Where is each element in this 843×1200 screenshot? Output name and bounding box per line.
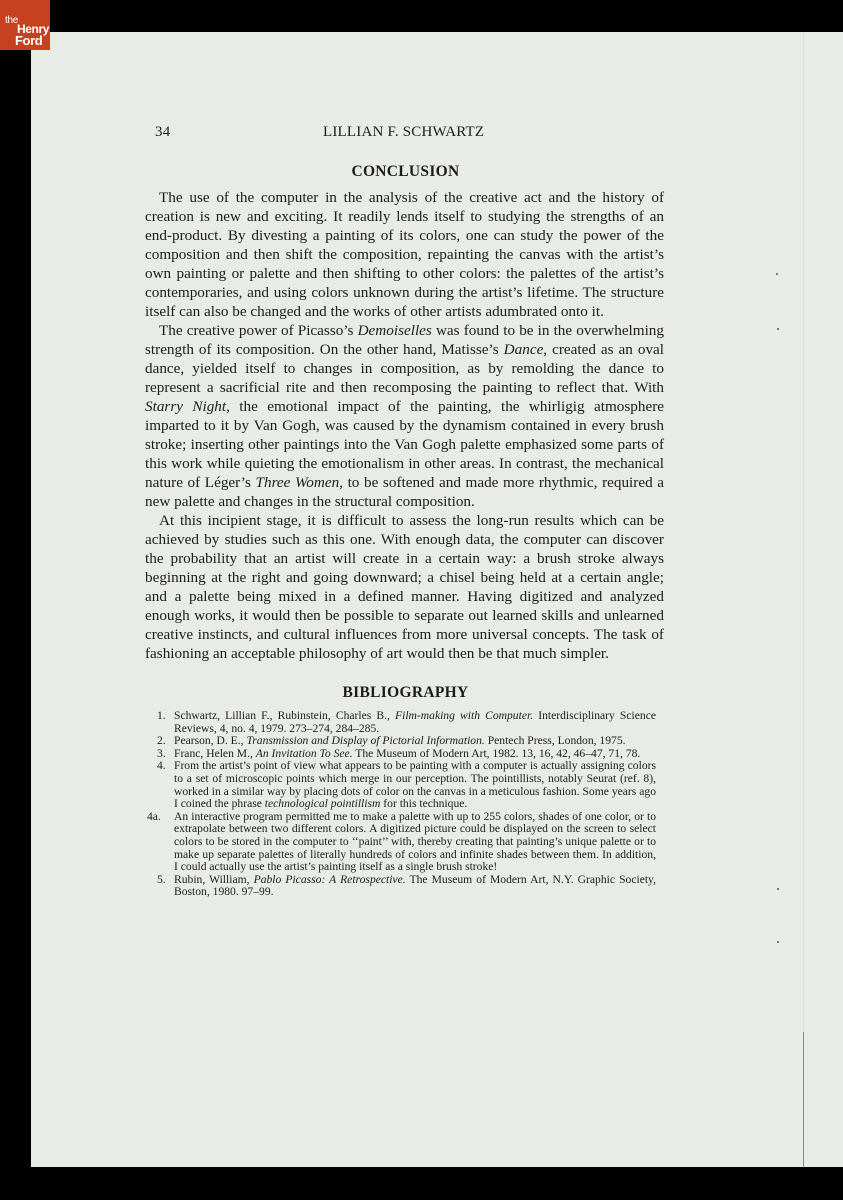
paragraph: The use of the computer in the analysis … <box>145 188 664 321</box>
entry-text: An interactive program permitted me to m… <box>174 810 656 873</box>
bibliography-entry: 5. Rubin, William, Pablo Picasso: A Retr… <box>145 874 664 899</box>
paragraph: The creative power of Picasso’s Demoisel… <box>145 321 664 511</box>
page-content: 34 LILLIAN F. SCHWARTZ CONCLUSION The us… <box>145 122 664 899</box>
entry-number: 1. <box>157 710 166 723</box>
bibliography-entry: 4. From the artist’s point of view what … <box>145 760 664 810</box>
entry-text: From the artist’s point of view what app… <box>174 759 656 810</box>
running-head: 34 LILLIAN F. SCHWARTZ <box>145 122 664 146</box>
bibliography-heading: BIBLIOGRAPHY <box>145 684 664 702</box>
scan-speck <box>777 941 779 943</box>
entry-number: 4a. <box>147 811 161 824</box>
entry-text: Rubin, William, Pablo Picasso: A Retrosp… <box>174 873 656 899</box>
bibliography-entry: 1. Schwartz, Lillian F., Rubinstein, Cha… <box>145 710 664 735</box>
scan-speck <box>776 273 778 275</box>
bibliography-section: BIBLIOGRAPHY 1. Schwartz, Lillian F., Ru… <box>145 684 664 899</box>
entry-number: 4. <box>157 760 166 773</box>
conclusion-section: CONCLUSION The use of the computer in th… <box>145 163 664 663</box>
bibliography-list: 1. Schwartz, Lillian F., Rubinstein, Cha… <box>145 710 664 899</box>
entry-number: 2. <box>157 735 166 748</box>
entry-number: 5. <box>157 874 166 887</box>
page-number: 34 <box>155 124 170 141</box>
conclusion-heading: CONCLUSION <box>145 163 664 181</box>
scan-speck <box>777 328 779 330</box>
entry-text: Schwartz, Lillian F., Rubinstein, Charle… <box>174 709 656 735</box>
paragraph: At this incipient stage, it is difficult… <box>145 511 664 663</box>
henry-ford-watermark-logo: the Henry Ford <box>0 0 50 50</box>
logo-text-ford: Ford <box>15 34 42 47</box>
running-head-author: LILLIAN F. SCHWARTZ <box>323 124 484 141</box>
scan-speck <box>777 888 779 890</box>
page-fold-line <box>803 32 804 1032</box>
entry-text: Franc, Helen M., An Invitation To See. T… <box>174 747 640 760</box>
bibliography-entry: 4a. An interactive program permitted me … <box>145 811 664 874</box>
page-fold-line-dark <box>803 1032 804 1167</box>
entry-text: Pearson, D. E., Transmission and Display… <box>174 734 626 747</box>
